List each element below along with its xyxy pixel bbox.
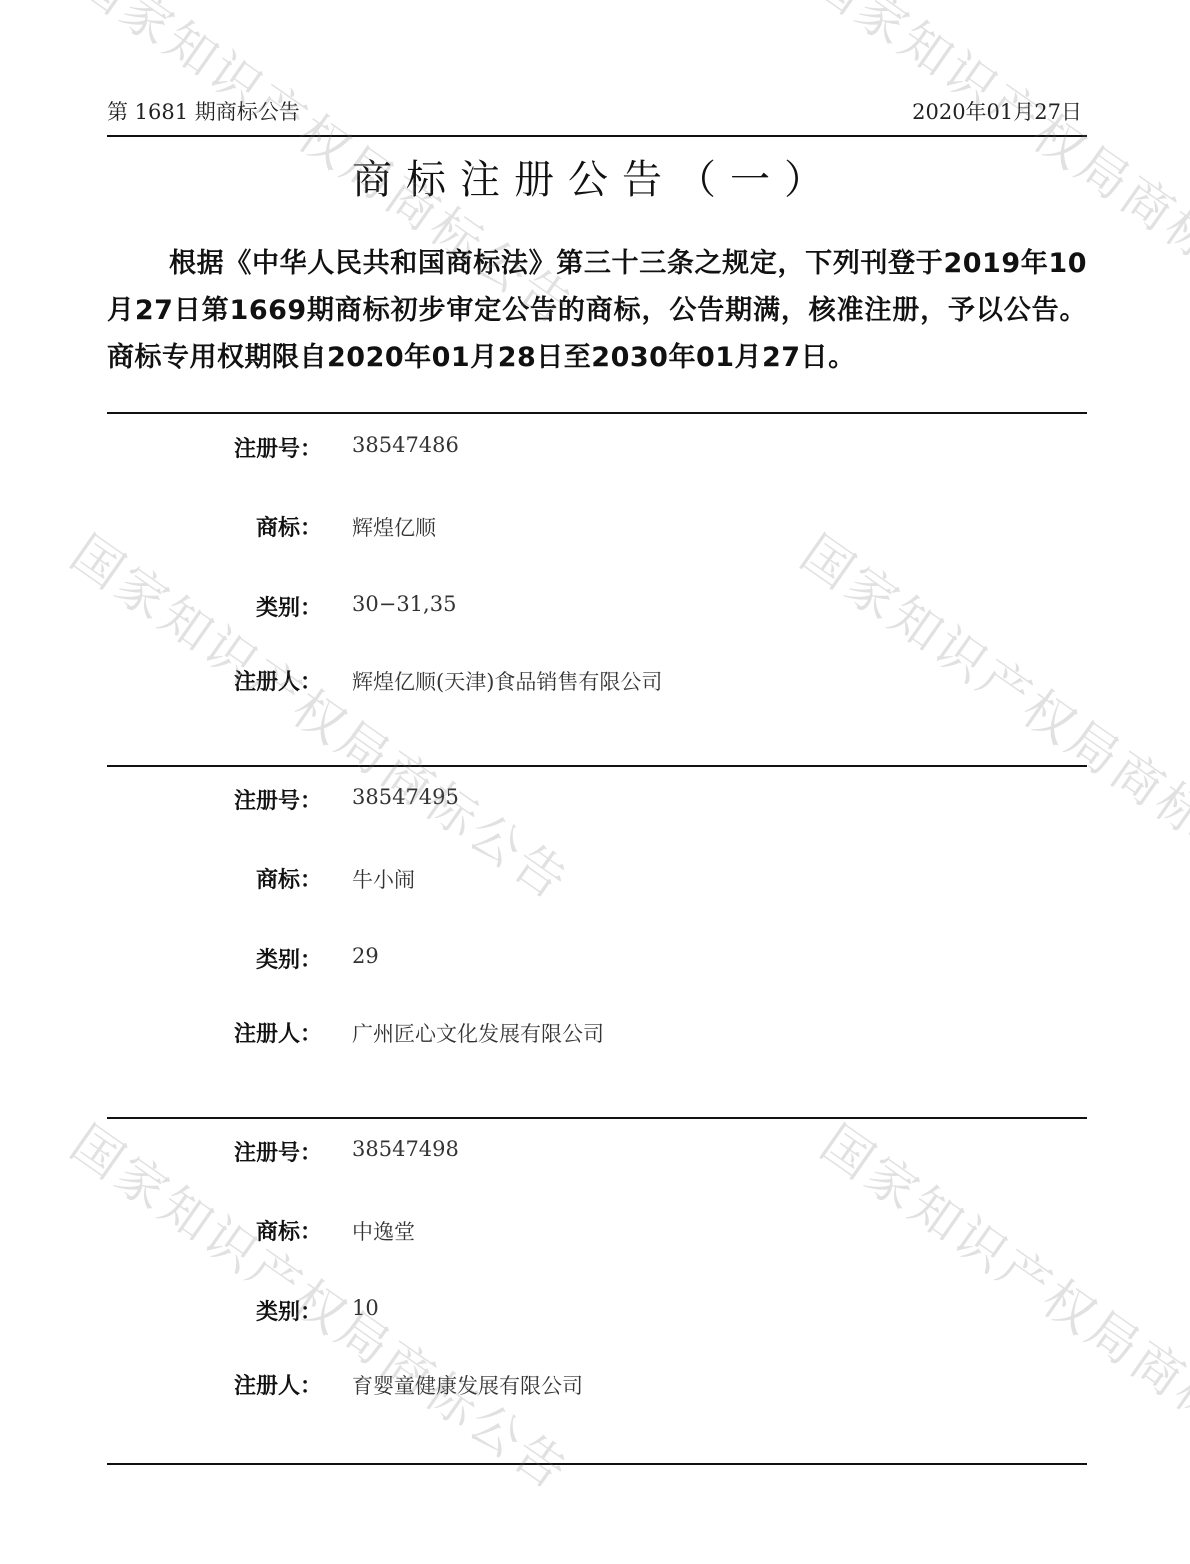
registrant-row: 注册人： 育婴童健康发展有限公司 [0,1369,1190,1401]
class-row: 类别： 30−31,35 [0,591,1190,623]
issue-date: 2020年01月27日 [912,96,1082,126]
reg-no-row: 注册号： 38547486 [0,432,1190,464]
mark-row: 商标： 中逸堂 [0,1215,1190,1247]
reg-no-label: 注册号： [234,784,322,815]
section-divider [107,765,1087,767]
intro-paragraph: 根据《中华人民共和国商标法》第三十三条之规定，下列刊登于2019年10月27日第… [107,240,1087,381]
section-divider [107,412,1087,414]
mark-value: 辉煌亿顺 [352,512,436,542]
section-divider [107,1463,1087,1465]
registrant-row: 注册人： 广州匠心文化发展有限公司 [0,1017,1190,1049]
reg-no-value: 38547486 [352,433,459,457]
reg-no-label: 注册号： [234,432,322,463]
page-title: 商标注册公告（一） [0,148,1190,205]
reg-no-value: 38547495 [352,785,459,809]
class-label: 类别： [256,1295,322,1326]
section-divider [107,1117,1087,1119]
reg-no-row: 注册号： 38547495 [0,784,1190,816]
class-label: 类别： [256,943,322,974]
reg-no-value: 38547498 [352,1137,459,1161]
class-row: 类别： 10 [0,1295,1190,1327]
class-value: 29 [352,944,379,968]
header-divider [107,135,1087,137]
document-page: 国家知识产权局商标公告 国家知识产权局商标公告 国家知识产权局商标公告 国家知识… [0,0,1190,1564]
registrant-label: 注册人： [234,1017,322,1048]
registrant-value: 育婴童健康发展有限公司 [352,1370,583,1400]
page-header: 第 1681 期商标公告 2020年01月27日 [107,96,1082,128]
mark-row: 商标： 牛小闹 [0,863,1190,895]
registrant-label: 注册人： [234,1369,322,1400]
registrant-value: 广州匠心文化发展有限公司 [352,1018,604,1048]
mark-value: 牛小闹 [352,864,415,894]
issue-number: 第 1681 期商标公告 [107,96,300,126]
watermark: 国家知识产权局商标公告 [789,515,1190,915]
mark-value: 中逸堂 [352,1216,415,1246]
class-row: 类别： 29 [0,943,1190,975]
reg-no-label: 注册号： [234,1136,322,1167]
mark-label: 商标： [256,511,322,542]
class-value: 10 [352,1296,379,1320]
registrant-value: 辉煌亿顺(天津)食品销售有限公司 [352,666,662,696]
mark-label: 商标： [256,863,322,894]
reg-no-row: 注册号： 38547498 [0,1136,1190,1168]
watermark: 国家知识产权局商标公告 [59,515,587,915]
class-value: 30−31,35 [352,592,456,616]
class-label: 类别： [256,591,322,622]
registrant-row: 注册人： 辉煌亿顺(天津)食品销售有限公司 [0,665,1190,697]
mark-label: 商标： [256,1215,322,1246]
registrant-label: 注册人： [234,665,322,696]
mark-row: 商标： 辉煌亿顺 [0,511,1190,543]
